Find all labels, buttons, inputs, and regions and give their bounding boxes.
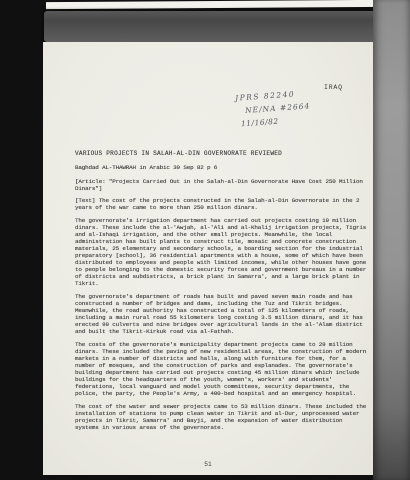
- article-paragraph: The cost of the water and sewer projects…: [75, 403, 368, 431]
- scanned-document-page: IRAQ JPRS 82240 NE/NA #2664 11/16/82 VAR…: [0, 0, 410, 480]
- article-title: VARIOUS PROJECTS IN SALAH-AL-DIN GOVERNO…: [75, 150, 368, 157]
- article-paragraph: The governorate's department of roads ha…: [75, 293, 368, 335]
- article-paragraph: The governorate's irrigation department …: [75, 217, 368, 287]
- page-number: 51: [43, 461, 373, 468]
- source-line: Baghdad AL-THAWRAH in Arabic 30 Sep 82 p…: [75, 164, 368, 171]
- article-paragraph: The costs of the governorate's municipal…: [75, 341, 368, 397]
- article-paragraph: [Text] The cost of the projects construc…: [75, 197, 368, 211]
- article-bracket-note: [Article: "Projects Carried Out in the S…: [75, 178, 368, 192]
- scan-artifact-band: [44, 11, 376, 42]
- country-label: IRAQ: [324, 84, 343, 91]
- page-edge-sliver: [46, 0, 382, 9]
- book-spine-shadow: [373, 0, 410, 480]
- paper-page: IRAQ JPRS 82240 NE/NA #2664 11/16/82 VAR…: [43, 42, 373, 475]
- article-body: VARIOUS PROJECTS IN SALAH-AL-DIN GOVERNO…: [75, 150, 368, 437]
- handwritten-note: JPRS 82240 NE/NA #2664 11/16/82: [235, 86, 312, 130]
